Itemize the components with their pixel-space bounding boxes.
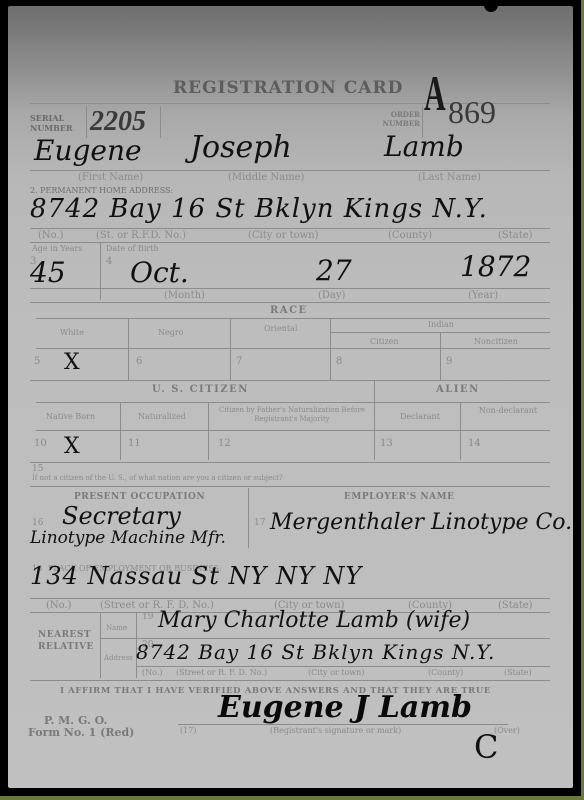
race-num-9: 9 bbox=[446, 356, 452, 367]
home-street-label: (St. or R.F.D. No.) bbox=[96, 230, 186, 241]
last-name: Lamb bbox=[384, 130, 464, 163]
rule bbox=[248, 488, 249, 548]
rule bbox=[440, 332, 441, 380]
middle-name-label: (Middle Name) bbox=[228, 172, 304, 183]
rule bbox=[330, 318, 331, 380]
relative-address-label: Address bbox=[104, 654, 133, 662]
cit-col-native: Native Born bbox=[46, 412, 95, 421]
rule bbox=[30, 288, 550, 289]
rule bbox=[30, 486, 550, 487]
rule bbox=[136, 666, 550, 667]
q15-num: 15 bbox=[32, 464, 43, 474]
occupation-label: PRESENT OCCUPATION bbox=[74, 492, 205, 502]
relative-name-num: 19 bbox=[142, 612, 153, 622]
cit-col-naturalized: Naturalized bbox=[138, 412, 186, 421]
relative-name-label: Name bbox=[106, 624, 127, 632]
registration-card: REGISTRATION CARD SERIAL NUMBER 2205 ORD… bbox=[8, 6, 573, 788]
order-label: ORDER NUMBER bbox=[370, 110, 420, 128]
form-line-2: Form No. 1 (Red) bbox=[28, 726, 134, 739]
birth-month-label: (Month) bbox=[164, 290, 205, 301]
emp-state-label: (State) bbox=[498, 600, 533, 611]
age-label: Age in Years bbox=[32, 244, 82, 253]
rule bbox=[160, 106, 161, 138]
rule bbox=[230, 318, 231, 380]
rule bbox=[208, 402, 209, 460]
birth-year: 1872 bbox=[460, 250, 531, 283]
cit-num-11: 11 bbox=[128, 438, 141, 449]
rule bbox=[460, 402, 461, 460]
employer-value: Mergenthaler Linotype Co. bbox=[270, 510, 572, 535]
rel-street-label: (Street or R. F. D. No.) bbox=[176, 668, 267, 677]
employment-value: 134 Nassau St NY NY NY bbox=[30, 562, 362, 590]
corner-mark: C bbox=[474, 728, 498, 766]
rel-county-label: (County) bbox=[428, 668, 463, 677]
cit-num-12: 12 bbox=[218, 438, 231, 449]
birth-day: 27 bbox=[316, 254, 352, 287]
rule bbox=[128, 318, 129, 380]
last-name-label: (Last Name) bbox=[418, 172, 481, 183]
birth-year-label: (Year) bbox=[468, 290, 498, 301]
rule bbox=[36, 430, 550, 431]
relative-label-1: NEAREST bbox=[38, 630, 91, 640]
occupation-num: 16 bbox=[32, 518, 43, 528]
race-col-white: White bbox=[60, 328, 84, 337]
rule bbox=[30, 462, 550, 463]
birth-num: 4 bbox=[106, 256, 112, 267]
occupation-value-2: Linotype Machine Mfr. bbox=[30, 528, 226, 548]
rule bbox=[30, 302, 550, 303]
rule bbox=[30, 242, 550, 243]
rule bbox=[100, 242, 101, 300]
cit-col-fathers: Citizen by Father's Naturalization Befor… bbox=[214, 406, 370, 424]
us-citizen-heading: U. S. CITIZEN bbox=[152, 384, 249, 395]
q15-label: If not a citizen of the U. S., of what n… bbox=[32, 474, 283, 482]
employer-num: 17 bbox=[254, 518, 265, 528]
cit-col-nondeclarant: Non-declarant bbox=[468, 406, 548, 416]
race-col-citizen: Citizen bbox=[370, 337, 399, 346]
birth-label: Date of Birth bbox=[106, 244, 159, 253]
rule bbox=[36, 318, 550, 319]
race-col-noncitizen: Noncitizen bbox=[474, 337, 518, 346]
cit-num-14: 14 bbox=[468, 438, 481, 449]
relative-address-value: 8742 Bay 16 St Bklyn Kings N.Y. bbox=[136, 640, 495, 664]
rule bbox=[30, 380, 550, 381]
registrant-signature: Eugene J Lamb bbox=[218, 690, 472, 725]
home-city-label: (City or town) bbox=[248, 230, 319, 241]
rule bbox=[100, 612, 101, 678]
order-number: 869 bbox=[448, 94, 496, 131]
frame-accent-bottom bbox=[0, 796, 584, 800]
serial-label: SERIAL NUMBER bbox=[30, 113, 86, 133]
cit-native-mark: X bbox=[64, 434, 80, 459]
race-heading: RACE bbox=[270, 305, 308, 316]
birth-month: Oct. bbox=[130, 256, 189, 289]
home-address-value: 8742 Bay 16 St Bklyn Kings N.Y. bbox=[30, 194, 488, 224]
race-num-5: 5 bbox=[34, 356, 40, 367]
race-white-mark: X bbox=[64, 350, 80, 375]
rule bbox=[30, 228, 550, 229]
cit-num-10: 10 bbox=[34, 438, 47, 449]
rule bbox=[178, 724, 508, 725]
occupation-value-1: Secretary bbox=[62, 502, 181, 530]
age-value: 45 bbox=[30, 256, 66, 289]
first-name-label: (First Name) bbox=[78, 172, 143, 183]
order-prefix: A bbox=[424, 64, 446, 122]
race-col-negro: Negro bbox=[158, 328, 184, 337]
cit-col-declarant: Declarant bbox=[400, 412, 440, 421]
relative-label-2: RELATIVE bbox=[38, 642, 94, 652]
race-indian-label: Indian bbox=[428, 320, 454, 329]
rule bbox=[36, 348, 550, 349]
rule bbox=[30, 598, 550, 599]
rule bbox=[36, 402, 550, 403]
emp-no-label: (No.) bbox=[46, 600, 72, 611]
rule bbox=[374, 380, 375, 460]
first-name: Eugene bbox=[34, 134, 142, 167]
home-county-label: (County) bbox=[388, 230, 432, 241]
cit-num-13: 13 bbox=[380, 438, 393, 449]
home-state-label: (State) bbox=[498, 230, 533, 241]
signature-label: (Registrant's signature or mark) bbox=[270, 726, 401, 735]
rule bbox=[100, 638, 550, 639]
card-notch bbox=[484, 6, 498, 12]
rel-no-label: (No.) bbox=[142, 668, 162, 677]
rule bbox=[30, 680, 550, 681]
rel-state-label: (State) bbox=[504, 668, 532, 677]
card-title: REGISTRATION CARD bbox=[173, 78, 403, 98]
home-no-label: (No.) bbox=[38, 230, 64, 241]
signature-num: (17) bbox=[180, 726, 196, 735]
race-num-6: 6 bbox=[136, 356, 142, 367]
rule bbox=[120, 402, 121, 460]
employer-label: EMPLOYER'S NAME bbox=[344, 492, 454, 502]
rel-city-label: (City or town) bbox=[308, 668, 364, 677]
race-col-oriental: Oriental bbox=[264, 324, 297, 333]
relative-name-value: Mary Charlotte Lamb (wife) bbox=[158, 608, 470, 633]
birth-day-label: (Day) bbox=[318, 290, 345, 301]
alien-heading: ALIEN bbox=[436, 384, 480, 395]
middle-name: Joseph bbox=[190, 130, 292, 165]
race-num-7: 7 bbox=[236, 356, 242, 367]
race-num-8: 8 bbox=[336, 356, 342, 367]
rule bbox=[30, 170, 550, 171]
